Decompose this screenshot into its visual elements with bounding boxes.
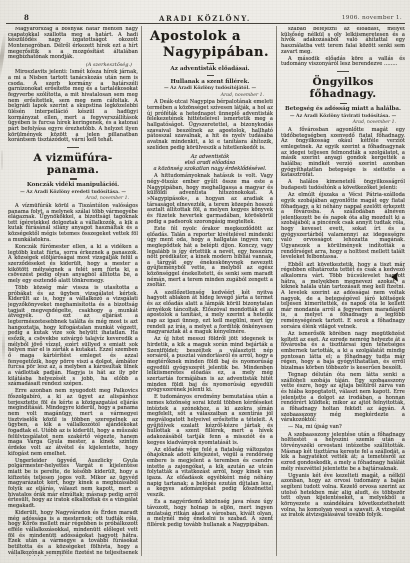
correspondent-credit: — Az Aradi Közlöny tudósítójától. — — [147, 86, 273, 91]
body-paragraph: Az új hitet messzi földről jött idegenek… — [147, 337, 273, 394]
headline-divider — [340, 103, 347, 104]
dialogue-line: — Na, mi újság van? — [281, 425, 405, 431]
continuation-paragraph: A második előadás köre a vallás és tudom… — [281, 57, 405, 68]
editorial-signature: (A szerkesztőség.) — [8, 62, 138, 68]
headline-divider — [70, 178, 77, 179]
body-paragraph: A szellőzetlenség kedvéért két nyitva ha… — [147, 291, 273, 336]
body-paragraph: A vízmüfúrák körül a Tiszántúlon valóság… — [8, 204, 138, 244]
article-subhead: Az adventisták előadásai. — [147, 66, 273, 72]
article-headline-apostolok-line2: Nagypipában. — [147, 45, 273, 60]
body-paragraph: Az ismerősök körében nagy megütközést ke… — [281, 332, 405, 372]
article-subhead: Betegség és adósság miatt a halálba. — [281, 106, 405, 112]
column-middle: Apostolok a Nagypipában. Az adventisták … — [147, 27, 273, 556]
section-divider — [67, 147, 79, 148]
body-paragraph: Ebből azt következtetik, hogy a tiszt má… — [281, 263, 405, 331]
header-rule — [6, 23, 405, 24]
scan-smudge — [0, 32, 7, 80]
dateline: Arad, november 1. — [8, 196, 138, 201]
article-headline-panama: A vizmüfúra-panama. — [8, 152, 138, 176]
column-rule-right — [276, 26, 277, 556]
body-paragraph: A halálos kimenetelű öngyilkosságról bud… — [281, 180, 405, 191]
body-paragraph: Kiderült, hogy Nagyváradon és Érden mara… — [8, 511, 138, 556]
body-paragraph: A szobaasszony jelentése után a főhadnag… — [281, 433, 405, 473]
body-paragraph: Ungerleider ügyvéd, Auszlicky Gyula polg… — [8, 459, 138, 510]
body-paragraph: Konczák fúrómester ellen, a ki a vidéken… — [8, 245, 138, 285]
body-paragraph: Ugyanis két éve kezelteti magát, a nélkü… — [281, 474, 405, 519]
article-headline-ongyilkos: Öngyilkos főhadnagy. — [281, 76, 405, 100]
continuation-paragraph: Miroszlavits jelenti: Ismét kósza hírek … — [8, 70, 138, 144]
dateline: Arad, november 1. — [147, 93, 273, 98]
body-paragraph: A fővárosban agyonlőtte magát egy tüdőbe… — [281, 128, 405, 179]
article-subhead: Hullanak a szent fillérek. — [147, 79, 273, 85]
body-paragraph: Tegnap délután óta nem látta senki a szá… — [281, 373, 405, 424]
body-paragraph: A hittudományoknak hatásuk is volt. Vagy… — [147, 174, 273, 225]
newspaper-page: 8 ARADI KÖZLÖNY. 1906. november 1. Magya… — [0, 0, 410, 563]
body-paragraph: Az elmúlt éjszaka a Vécsi Pátria-szállod… — [281, 193, 405, 261]
column-right: szabad befejezni az előadást, melyet kül… — [281, 27, 405, 556]
column-rule-left — [141, 26, 142, 556]
issue-date: 1906. november 1. — [342, 15, 402, 21]
article-subhead: Konczák vidéki manipulációi. — [8, 182, 138, 188]
body-paragraph: Este fél nyolc órakor megkezdődött az el… — [147, 227, 273, 289]
headline-divider — [207, 63, 214, 64]
correspondent-credit: — Az Aradi Közlöny eredeti tudósítása. — — [8, 190, 138, 195]
column-left: Magyarország a bosnyák határ mentén nagy… — [8, 27, 138, 556]
section-divider — [337, 71, 349, 72]
scan-smudge — [1, 150, 3, 170]
dateline: Arad, november 1. — [281, 120, 405, 125]
article-headline-apostolok-line1: Apostolok a — [147, 29, 273, 44]
continuation-paragraph: szabad befejezni az előadást, melyet kül… — [281, 27, 405, 55]
body-paragraph: Több község már vissza is utasította a p… — [8, 286, 138, 388]
body-paragraph: És a nagyérdemű közönség java része úgy … — [147, 500, 273, 528]
program-line: a közönség szokatlan nagy érdeklődésével… — [147, 166, 273, 172]
body-paragraph: A Deák-utcai Nagypipa bérpalotának emele… — [147, 100, 273, 151]
scan-smudge — [2, 330, 5, 364]
body-paragraph: Erre azonban nem nyugodott meg Palkovics… — [8, 389, 138, 457]
body-paragraph: E tudományos eredmény bemutatása után a … — [147, 395, 273, 446]
subhead-divider — [207, 75, 214, 76]
program-note: Az adventisták első aradi előadása a köz… — [147, 154, 273, 172]
continuation-paragraph: Magyarország a bosnyák határ mentén nagy… — [8, 27, 138, 61]
body-paragraph: Az előadás vége felé a fiatalság változa… — [147, 448, 273, 499]
correspondent-credit: — Az Aradi Közlöny távirati tudósítása. … — [281, 114, 405, 119]
